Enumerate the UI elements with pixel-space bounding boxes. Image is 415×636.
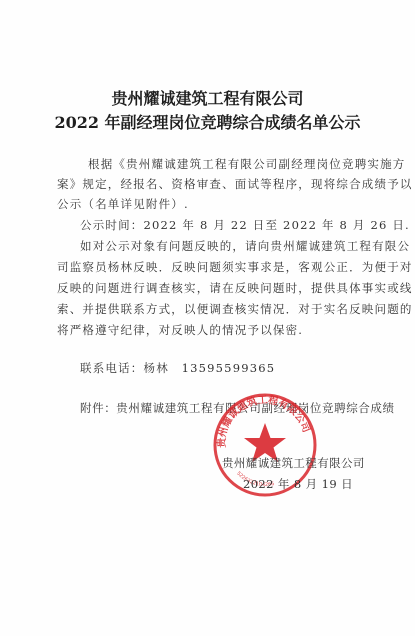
document-title-announcement: 2022 年副经理岗位竞聘综合成绩名单公示: [0, 110, 415, 133]
paragraph-line: 反映的问题进行调查核实，请在反映问题时，提供具体事实或线: [57, 280, 413, 296]
document-title-company: 贵州耀诚建筑工程有限公司: [0, 86, 415, 109]
paragraph-line: 将严格遵守纪律，对反映人的情况予以保密.: [57, 322, 303, 338]
paragraph-line: 索、并提供联系方式，以便调查核实情况．对于实名反映问题的: [57, 301, 413, 317]
paragraph-line: 案》规定，经报名、资格审查、面试等程序，现将综合成绩予以: [57, 176, 413, 192]
publicity-period: 公示时间：2022 年 8 月 22 日至 2022 年 8 月 26 日.: [80, 217, 410, 233]
document-page: 贵州耀诚建筑工程有限公司 2022 年副经理岗位竞聘综合成绩名单公示 根据《贵州…: [0, 0, 415, 636]
paragraph-line: 司监察员杨林反映．反映问题须实事求是，客观公正．为便于对: [57, 259, 413, 275]
contact-phone: 联系电话：杨林 13595599365: [80, 360, 275, 376]
paragraph-line: 如对公示对象有问题反映的，请向贵州耀诚建筑工程有限公: [80, 238, 410, 254]
paragraph-line: 公示（名单详见附件）.: [57, 196, 189, 212]
signature-date: 2022 年 8 月 19 日: [243, 476, 353, 492]
signature-company: 贵州耀诚建筑工程有限公司: [222, 455, 365, 471]
paragraph-line: 根据《贵州耀诚建筑工程有限公司副经理岗位竞聘实施方: [88, 156, 406, 172]
